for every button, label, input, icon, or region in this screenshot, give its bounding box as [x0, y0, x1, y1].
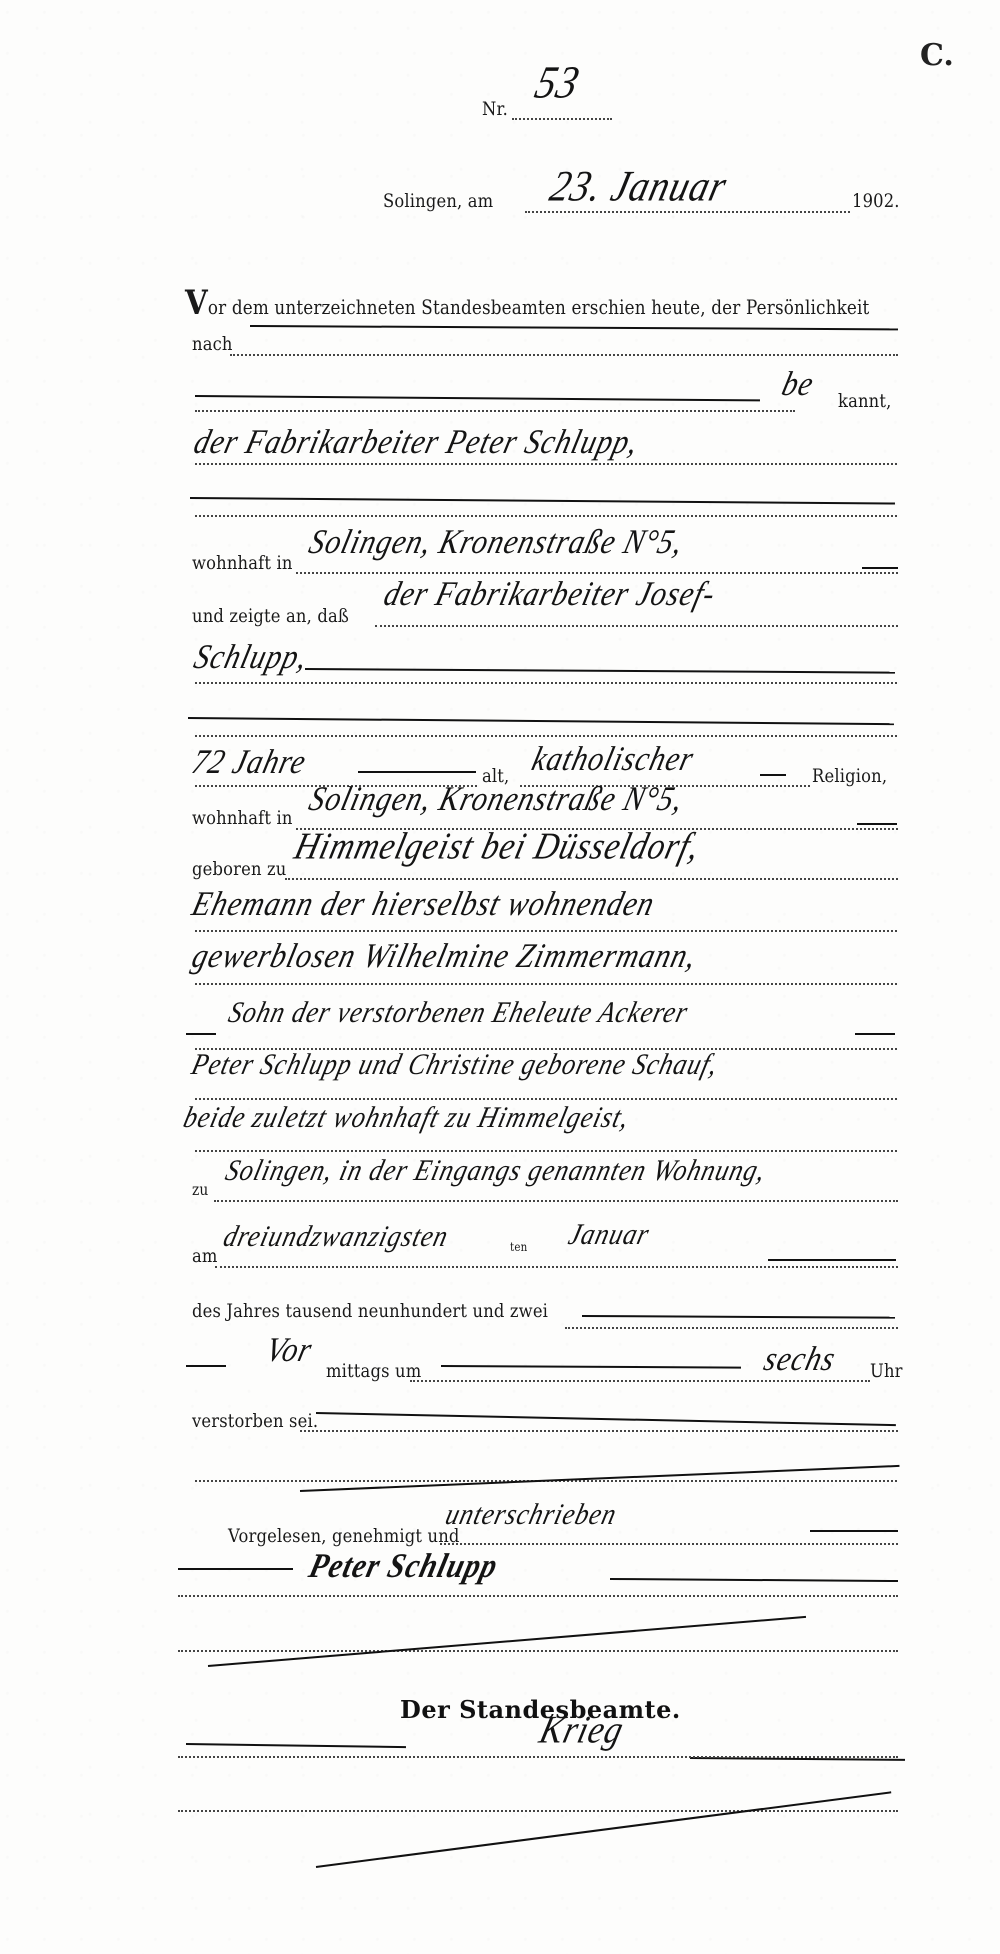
date-day-month: 23. Januar: [545, 161, 732, 212]
death-day-hand: dreiundzwanzigsten: [220, 1220, 452, 1255]
informant-signature: Peter Schlupp: [305, 1547, 502, 1586]
blank-dotted-line: [178, 1810, 898, 1812]
filler-stroke: [186, 1033, 216, 1035]
filler-stroke: [195, 395, 760, 401]
number-dotted-line: [512, 118, 612, 120]
year-label: 1902.: [852, 190, 900, 212]
extra-line-3: Sohn der verstorbenen Eheleute Ackerer: [225, 996, 692, 1031]
religion-label: Religion,: [812, 765, 887, 787]
cancel-stroke: [300, 1465, 900, 1492]
kannt-dotted-line: [195, 410, 795, 412]
verstorben-dotted-line: [300, 1430, 898, 1432]
cancel-stroke: [208, 1616, 806, 1667]
verstorben-label: verstorben sei.: [192, 1410, 318, 1432]
extra-line-2: gewerblosen Wilhelmine Zimmermann,: [188, 937, 701, 976]
corner-mark: C.: [920, 38, 954, 73]
death-date-dotted-line: [215, 1266, 898, 1268]
read-hand: unterschrieben: [442, 1498, 621, 1533]
extra-dotted-line-5: [195, 1150, 897, 1152]
filler-stroke: [582, 1315, 895, 1319]
extra-line-4: Peter Schlupp und Christine geborene Sch…: [188, 1048, 722, 1083]
read-label: Vorgelesen, genehmigt und: [228, 1525, 460, 1547]
intro-text: Vor dem unterzeichneten Standesbeamten e…: [185, 283, 869, 323]
filler-stroke: [305, 668, 895, 674]
time-prefix-hand: Vor: [262, 1331, 316, 1370]
death-am-label: am: [192, 1245, 218, 1267]
death-register-page: C. Nr. 53 Solingen, am 23. Januar 1902. …: [0, 0, 1000, 1954]
filler-stroke: [610, 1578, 898, 1582]
death-year-dotted-line: [565, 1327, 898, 1329]
extra-line-5: beide zuletzt wohnhaft zu Himmelgeist,: [180, 1101, 633, 1136]
ten-suffix: ten: [510, 1240, 527, 1254]
filler-stroke: [358, 771, 476, 773]
born-label: geboren zu: [192, 858, 286, 880]
filler-stroke: [855, 1033, 895, 1035]
official-signature: Krieg: [535, 1709, 628, 1753]
drop-cap: V: [185, 283, 208, 323]
filler-stroke: [178, 1568, 293, 1570]
hour-hand: sechs: [760, 1340, 840, 1379]
time-dotted-line: [410, 1380, 870, 1382]
extra-dotted-line-2: [195, 983, 897, 985]
born-dotted-line: [285, 878, 898, 880]
announcement-dotted-line-2: [195, 682, 897, 684]
informant-hand: der Fabrikarbeiter Peter Schlupp,: [190, 423, 643, 462]
announcement-hand-line1: der Fabrikarbeiter Josef-: [380, 575, 720, 614]
extra-dotted-line-1: [195, 930, 897, 932]
filler-stroke: [862, 567, 898, 569]
kannt-label: kannt,: [838, 390, 891, 412]
time-label: mittags um: [326, 1360, 421, 1382]
filler-stroke: [186, 1365, 226, 1367]
place-label: Solingen, am: [383, 190, 493, 212]
kannt-prefix-hand: be: [778, 365, 818, 404]
filler-stroke: [768, 1259, 896, 1261]
signature-dotted-line: [178, 1595, 898, 1597]
filler-stroke: [316, 1412, 896, 1426]
informant-residence-label: wohnhaft in: [192, 552, 293, 574]
deceased-residence-label: wohnhaft in: [192, 807, 293, 829]
nach-dotted-line: [230, 354, 898, 356]
death-year-text: des Jahres tausend neunhundert und zwei: [192, 1300, 548, 1322]
official-title: Der Standesbeamte.: [400, 1695, 681, 1724]
informant-dotted-line: [195, 463, 897, 465]
death-place-dotted-line: [214, 1200, 898, 1202]
filler-stroke: [250, 325, 898, 330]
deceased-religion-hand: katholischer: [528, 740, 698, 779]
nach-label: nach: [192, 333, 233, 355]
filler-stroke: [857, 823, 897, 825]
filler-stroke: [190, 497, 895, 505]
death-place-hand: Solingen, in der Eingangs genannten Wohn…: [222, 1154, 770, 1189]
informant-residence-hand: Solingen, Kronenstraße N°5,: [305, 523, 688, 562]
blank-dotted-line: [195, 515, 897, 517]
read-dotted-line: [440, 1543, 898, 1545]
death-month-hand: Januar: [565, 1218, 653, 1253]
filler-stroke: [810, 1530, 898, 1532]
born-hand: Himmelgeist bei Düsseldorf,: [290, 826, 704, 869]
cancel-stroke: [316, 1791, 891, 1868]
filler-stroke: [186, 1743, 406, 1748]
uhr-label: Uhr: [870, 1360, 903, 1382]
register-number: 53: [530, 55, 585, 109]
number-label: Nr.: [482, 98, 508, 120]
death-place-label: zu: [192, 1180, 208, 1199]
blank-dotted-line: [195, 735, 897, 737]
deceased-age-hand: 72 Jahre: [188, 743, 310, 782]
filler-stroke: [760, 774, 786, 776]
blank-dotted-line: [178, 1650, 898, 1652]
filler-stroke: [188, 717, 894, 725]
deceased-residence-hand: Solingen, Kronenstraße N°5,: [305, 780, 688, 819]
filler-stroke: [441, 1365, 741, 1369]
announcement-dotted-line: [375, 625, 898, 627]
announcement-label: und zeigte an, daß: [192, 605, 349, 627]
official-dotted-line: [178, 1756, 898, 1758]
announcement-hand-line2: Schlupp,: [190, 638, 312, 677]
informant-residence-dotted-line: [296, 572, 898, 574]
extra-line-1: Ehemann der hierselbst wohnenden: [188, 885, 659, 924]
